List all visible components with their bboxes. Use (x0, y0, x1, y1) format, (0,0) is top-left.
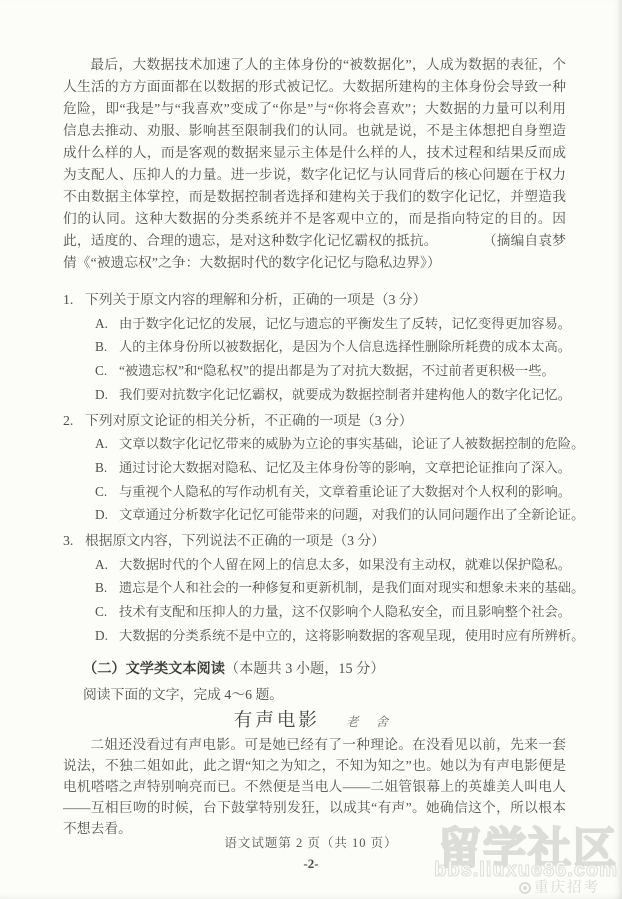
question-2-option-b: B.通过讨论大数据对隐私、记忆及主体身份等的影响，文章把论证推向了深入。 (95, 456, 566, 480)
question-1-stem: 1. 下列关于原文内容的理解和分析，正确的一项是（3 分） (63, 288, 566, 312)
question-3-option-d: D.大数据的分类系统不是中立的，这将影响数据的客观呈现，使用时应有所辨析。 (95, 624, 566, 648)
option-label: D. (95, 624, 119, 648)
footer-page-number: -2- (0, 856, 622, 872)
option-text: 技术有支配和压抑人的力量，这不仅影响个人隐私安全，而且影响整个社会。 (119, 600, 571, 624)
question-2-option-c: C.与重视个人隐私的写作动机有关，文章着重论证了大数据对个人权利的影响。 (95, 480, 566, 504)
question-1-stem-text: 下列关于原文内容的理解和分析，正确的一项是（3 分） (85, 288, 426, 312)
reading-title: 有声电影 (234, 711, 320, 731)
question-3-option-a: A.大数据时代的个人留在网上的信息太多，如果没有主动权，就难以保护隐私。 (95, 553, 566, 577)
question-3-options: A.大数据时代的个人留在网上的信息太多，如果没有主动权，就难以保护隐私。 B.遗… (95, 553, 566, 648)
question-3-stem: 3. 根据原文内容，下列说法不正确的一项是（3 分） (63, 529, 566, 553)
option-label: A. (95, 312, 119, 336)
question-1-number: 1. (63, 288, 85, 312)
question-1-option-b: B.人的主体身份所以被数据化，是因为个人信息选择性删除所耗费的成本太高。 (95, 335, 566, 359)
exam-content: 最后，大数据技术加速了人的主体身份的“被数据化”，人成为数据的表征，个人生活的方… (63, 54, 566, 839)
question-1-option-a: A.由于数字化记忆的发展，记忆与遗忘的平衡发生了反转，记忆变得更加容易。 (95, 312, 566, 336)
option-text: 文章通过分析数字化记忆可能带来的问题，对我们的认同问题作出了全新论证。 (119, 503, 584, 527)
watermark-subtitle-row: 重庆招考 (434, 879, 600, 897)
option-label: B. (95, 456, 119, 480)
option-text: 我们要对抗数字化记忆霸权，就要成为数据控制者并建构他人的数字化记忆。 (119, 383, 571, 407)
question-3-option-c: C.技术有支配和压抑人的力量，这不仅影响个人隐私安全，而且影响整个社会。 (95, 600, 566, 624)
option-label: C. (95, 480, 119, 504)
option-label: B. (95, 335, 119, 359)
question-2-stem-text: 下列对原文论证的相关分析，不正确的一项是（3 分） (85, 409, 413, 433)
section-2-heading-points: （本题共 3 小题，15 分） (225, 661, 385, 677)
option-text: 大数据时代的个人留在网上的信息太多，如果没有主动权，就难以保护隐私。 (119, 553, 571, 577)
question-2-number: 2. (63, 409, 85, 433)
option-text: 人的主体身份所以被数据化，是因为个人信息选择性删除所耗费的成本太高。 (119, 335, 571, 359)
exam-page: 最后，大数据技术加速了人的主体身份的“被数据化”，人成为数据的表征，个人生活的方… (0, 0, 622, 899)
option-text: 与重视个人隐私的写作动机有关，文章着重论证了大数据对个人权利的影响。 (119, 480, 571, 504)
option-text: 通过讨论大数据对隐私、记忆及主体身份等的影响，文章把论证推向了深入。 (119, 456, 571, 480)
question-1-options: A.由于数字化记忆的发展，记忆与遗忘的平衡发生了反转，记忆变得更加容易。 B.人… (95, 312, 566, 407)
section-2-heading: （二）文学类文本阅读（本题共 3 小题，15 分） (83, 657, 566, 681)
option-label: D. (95, 503, 119, 527)
question-3: 3. 根据原文内容，下列说法不正确的一项是（3 分） A.大数据时代的个人留在网… (63, 529, 566, 648)
option-text: 遗忘是个人和社会的一种修复和更新机制，是我们面对现实和想象未来的基础。 (119, 576, 584, 600)
question-2-stem: 2. 下列对原文论证的相关分析，不正确的一项是（3 分） (63, 409, 566, 433)
intro-paragraph: 最后，大数据技术加速了人的主体身份的“被数据化”，人成为数据的表征，个人生活的方… (63, 54, 566, 274)
option-label: A. (95, 553, 119, 577)
question-2-options: A.文章以数字化记忆带来的威胁为立论的事实基础，论证了人被数据控制的危险。 B.… (95, 432, 566, 527)
option-label: B. (95, 576, 119, 600)
watermark-logo-icon (519, 882, 531, 894)
question-1-option-c: C.“被遗忘权”和“隐私权”的提出都是为了对抗大数据，不过前者更积极一些。 (95, 359, 566, 383)
reading-title-line: 有声电影老 舍 (63, 708, 566, 734)
reading-instruction: 阅读下面的文字，完成 4～6 题。 (83, 683, 566, 707)
reading-author: 老 舍 (346, 715, 395, 729)
option-label: A. (95, 432, 119, 456)
question-2-option-d: D.文章通过分析数字化记忆可能带来的问题，对我们的认同问题作出了全新论证。 (95, 503, 566, 527)
option-label: D. (95, 383, 119, 407)
section-2-heading-title: （二）文学类文本阅读 (83, 661, 225, 677)
option-text: 文章以数字化记忆带来的威胁为立论的事实基础，论证了人被数据控制的危险。 (119, 432, 584, 456)
question-3-stem-text: 根据原文内容，下列说法不正确的一项是（3 分） (85, 529, 385, 553)
intro-paragraph-text: 最后，大数据技术加速了人的主体身份的“被数据化”，人成为数据的表征，个人生活的方… (63, 57, 566, 248)
watermark-subtitle: 重庆招考 (534, 879, 600, 897)
option-text: 由于数字化记忆的发展，记忆与遗忘的平衡发生了反转，记忆变得更加容易。 (119, 312, 571, 336)
reading-paragraph: 二姐还没看过有声电影。可是她已经有了一种理论。在没看见以前，先来一套说法，不独二… (63, 734, 566, 839)
question-1: 1. 下列关于原文内容的理解和分析，正确的一项是（3 分） A.由于数字化记忆的… (63, 288, 566, 407)
question-2-option-a: A.文章以数字化记忆带来的威胁为立论的事实基础，论证了人被数据控制的危险。 (95, 432, 566, 456)
option-label: C. (95, 600, 119, 624)
question-3-number: 3. (63, 529, 85, 553)
question-3-option-b: B.遗忘是个人和社会的一种修复和更新机制，是我们面对现实和想象未来的基础。 (95, 576, 566, 600)
option-text: 大数据的分类系统不是中立的，这将影响数据的客观呈现，使用时应有所辨析。 (119, 624, 584, 648)
option-label: C. (95, 359, 119, 383)
option-text: “被遗忘权”和“隐私权”的提出都是为了对抗大数据，不过前者更积极一些。 (119, 359, 555, 383)
question-2: 2. 下列对原文论证的相关分析，不正确的一项是（3 分） A.文章以数字化记忆带… (63, 409, 566, 528)
footer-page-label: 语文试题第 2 页（共 10 页） (0, 833, 622, 851)
question-1-option-d: D.我们要对抗数字化记忆霸权，就要成为数据控制者并建构他人的数字化记忆。 (95, 383, 566, 407)
